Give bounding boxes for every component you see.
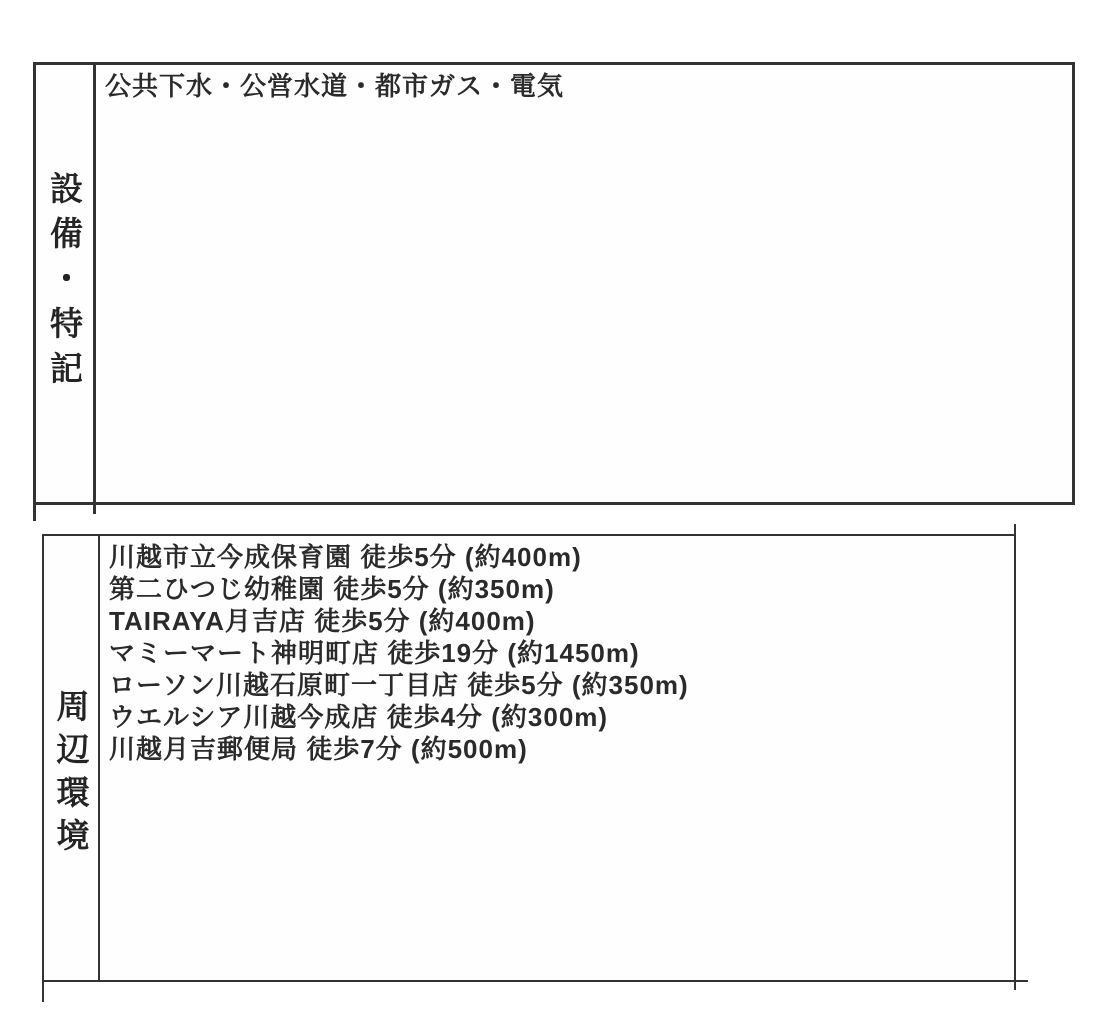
facility-line-drugstore-welcia: ウエルシア川越今成店 徒歩4分 (約300m) [109, 701, 1004, 733]
facility-line-kindergarten: 第二ひつじ幼稚園 徒歩5分 (約350m) [109, 573, 1004, 605]
equipment-content-cell: 公共下水・公営水道・都市ガス・電気 [96, 65, 1072, 502]
scan-line-tail [1014, 524, 1016, 534]
equipment-label-cell: 設備・特記 [36, 65, 96, 502]
scan-line-tail [1016, 980, 1028, 982]
utilities-line: 公共下水・公営水道・都市ガス・電気 [105, 70, 1062, 102]
environment-section-label: 周辺環境 [55, 689, 88, 861]
section-equipment-notes: 設備・特記 公共下水・公営水道・都市ガス・電気 [33, 62, 1075, 505]
facility-line-supermarket-tairaya: TAIRAYA月吉店 徒歩5分 (約400m) [109, 605, 1004, 637]
section-surrounding-environment: 周辺環境 川越市立今成保育園 徒歩5分 (約400m) 第二ひつじ幼稚園 徒歩5… [42, 534, 1016, 982]
environment-label-cell: 周辺環境 [44, 536, 100, 980]
equipment-section-label: 設備・特記 [48, 171, 81, 396]
environment-content-cell: 川越市立今成保育園 徒歩5分 (約400m) 第二ひつじ幼稚園 徒歩5分 (約3… [100, 536, 1014, 980]
scan-line-tail [33, 505, 36, 521]
scan-line-tail [42, 982, 44, 1002]
facility-line-supermarket-mamimart: マミーマート神明町店 徒歩19分 (約1450m) [109, 637, 1004, 669]
facility-line-nursery: 川越市立今成保育園 徒歩5分 (約400m) [109, 541, 1004, 573]
scan-line-tail [1014, 982, 1016, 990]
scan-line-tail [93, 505, 96, 514]
facility-line-post-office: 川越月吉郵便局 徒歩7分 (約500m) [109, 733, 1004, 765]
facility-line-convenience-lawson: ローソン川越石原町一丁目店 徒歩5分 (約350m) [109, 669, 1004, 701]
